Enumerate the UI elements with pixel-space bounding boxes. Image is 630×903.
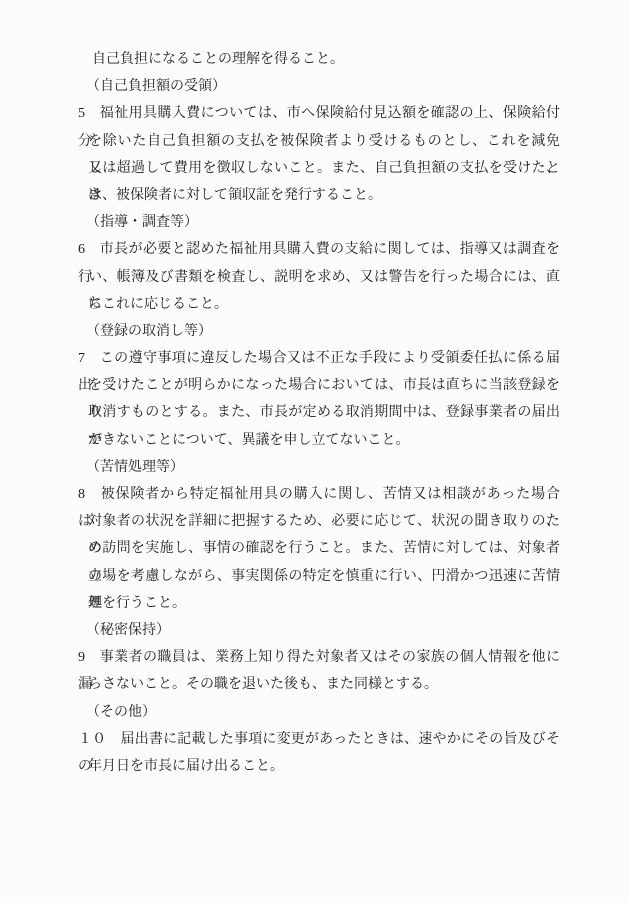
document-page: 自己負担になることの理解を得ること。（自己負担額の受領）5 福祉用具購入費につい… [0,0,630,903]
text-line: 又は超過して費用を徴収しないこと。また、自己負担額の支払を受けたとき [0,155,560,182]
text-line: 自己負担になることの理解を得ること。 [0,46,560,73]
text-line: 8 被保険者から特定福祉用具の購入に関し、苦情又は相談があった場合は、 [0,481,560,508]
text-line: り消すものとする。また、市長が定める取消期間中は、登録事業者の届出が [0,399,560,426]
text-line: 5 福祉用具購入費については、市へ保険給付見込額を確認の上、保険給付分 [0,100,560,127]
text-line: （苦情処理等） [0,454,560,481]
text-line: の訪問を実施し、事情の確認を行うこと。また、苦情に対しては、対象者の [0,535,560,562]
text-line: 理を行うこと。 [0,590,560,617]
text-line: にこれに応じること。 [0,291,560,318]
text-line: （指導・調査等） [0,209,560,236]
text-line: （その他） [0,699,560,726]
text-line: 7 この遵守事項に違反した場合又は不正な手段により受領委任払に係る届出 [0,345,560,372]
text-line: は、被保険者に対して領収証を発行すること。 [0,182,560,209]
text-line: １０ 届出書に記載した事項に変更があったときは、速やかにその旨及びその [0,726,560,753]
text-line: 6 市長が必要と認めた福祉用具購入費の支給に関しては、指導又は調査を行 [0,236,560,263]
text-line: （自己負担額の受領） [0,73,560,100]
text-line: 立場を考慮しながら、事実関係の特定を慎重に行い、円滑かつ迅速に苦情処 [0,563,560,590]
text-line: （秘密保持） [0,617,560,644]
text-line: 9 事業者の職員は、業務上知り得た対象者又はその家族の個人情報を他に漏 [0,644,560,671]
text-line: （登録の取消し等） [0,318,560,345]
text-line: できないことについて、異議を申し立てないこと。 [0,427,560,454]
